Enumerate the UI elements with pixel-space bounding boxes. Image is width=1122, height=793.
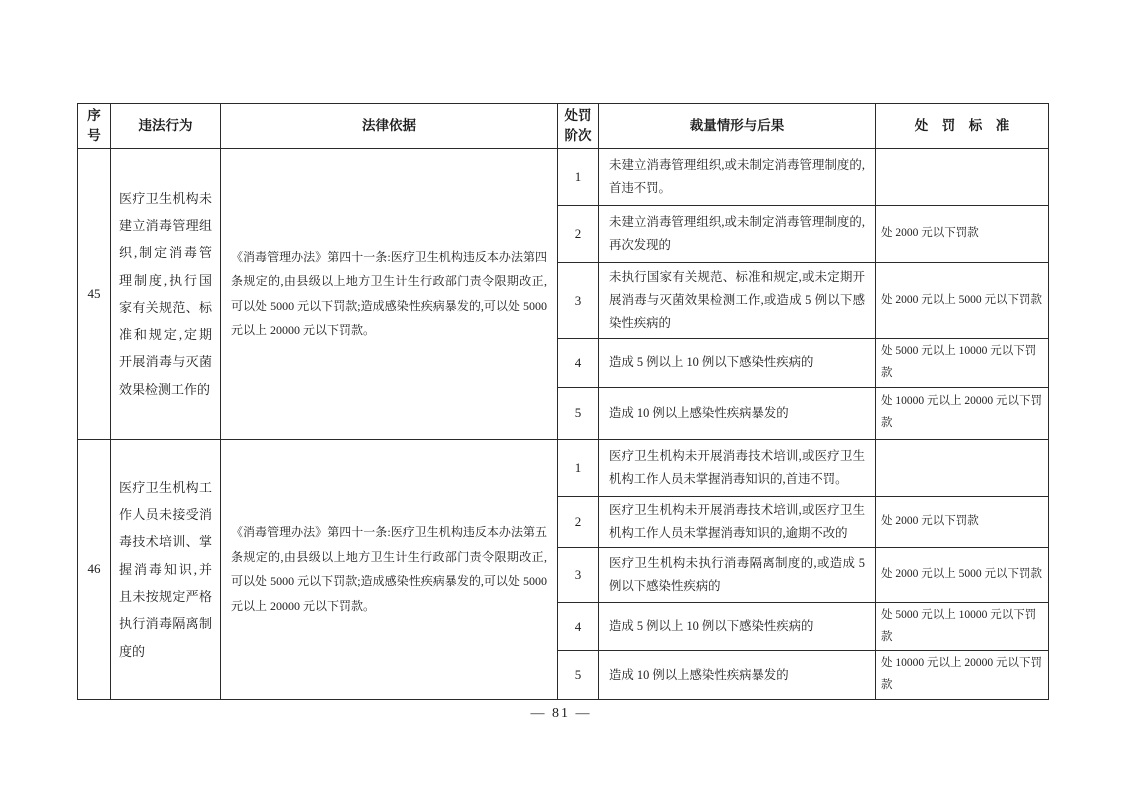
penalty-level: 4 xyxy=(558,602,599,651)
section-45-violation: 医疗卫生机构未建立消毒管理组织,制定消毒管理制度,执行国家有关规范、标准和规定,… xyxy=(111,149,221,440)
circumstance-cell: 造成 5 例以上 10 例以下感染性疾病的 xyxy=(599,602,876,651)
circumstance-cell: 造成 5 例以上 10 例以下感染性疾病的 xyxy=(599,339,876,388)
penalty-level: 1 xyxy=(558,149,599,206)
standard-cell: 处 5000 元以上 10000 元以下罚款 xyxy=(876,602,1049,651)
section-45-legal-basis: 《消毒管理办法》第四十一条:医疗卫生机构违反本办法第四条规定的,由县级以上地方卫… xyxy=(221,149,558,440)
page-number: — 81 — xyxy=(0,706,1122,722)
standard-cell xyxy=(876,149,1049,206)
standard-cell: 处 5000 元以上 10000 元以下罚款 xyxy=(876,339,1049,388)
col-header-legal-basis: 法律依据 xyxy=(221,104,558,149)
penalty-level: 4 xyxy=(558,339,599,388)
col-header-index: 序 号 xyxy=(78,104,111,149)
standard-cell: 处 2000 元以下罚款 xyxy=(876,496,1049,547)
col-header-violation: 违法行为 xyxy=(111,104,221,149)
col-header-penalty-level: 处罚 阶次 xyxy=(558,104,599,149)
penalty-level: 2 xyxy=(558,496,599,547)
section-45-number: 45 xyxy=(78,149,111,440)
table-row: 45 医疗卫生机构未建立消毒管理组织,制定消毒管理制度,执行国家有关规范、标准和… xyxy=(78,149,1049,206)
standard-cell: 处 2000 元以下罚款 xyxy=(876,206,1049,263)
circumstance-cell: 造成 10 例以上感染性疾病暴发的 xyxy=(599,651,876,700)
circumstance-cell: 造成 10 例以上感染性疾病暴发的 xyxy=(599,387,876,439)
circumstance-cell: 未建立消毒管理组织,或未制定消毒管理制度的,首违不罚。 xyxy=(599,149,876,206)
section-46-number: 46 xyxy=(78,439,111,699)
penalty-level: 5 xyxy=(558,651,599,700)
standard-cell: 处 2000 元以上 5000 元以下罚款 xyxy=(876,547,1049,602)
standard-cell: 处 10000 元以上 20000 元以下罚款 xyxy=(876,651,1049,700)
penalty-level: 5 xyxy=(558,387,599,439)
section-46-violation: 医疗卫生机构工作人员未接受消毒技术培训、掌握消毒知识,并且未按规定严格执行消毒隔… xyxy=(111,439,221,699)
penalty-level: 1 xyxy=(558,439,599,496)
penalty-table: 序 号 违法行为 法律依据 处罚 阶次 裁量情形与后果 处 罚 标 准 45 医… xyxy=(77,103,1049,700)
document-page: 序 号 违法行为 法律依据 处罚 阶次 裁量情形与后果 处 罚 标 准 45 医… xyxy=(0,0,1122,793)
circumstance-cell: 医疗卫生机构未开展消毒技术培训,或医疗卫生机构工作人员未掌握消毒知识的,首违不罚… xyxy=(599,439,876,496)
col-header-circumstance: 裁量情形与后果 xyxy=(599,104,876,149)
col-header-standard: 处 罚 标 准 xyxy=(876,104,1049,149)
circumstance-cell: 医疗卫生机构未开展消毒技术培训,或医疗卫生机构工作人员未掌握消毒知识的,逾期不改… xyxy=(599,496,876,547)
penalty-level: 3 xyxy=(558,263,599,339)
circumstance-cell: 医疗卫生机构未执行消毒隔离制度的,或造成 5 例以下感染性疾病的 xyxy=(599,547,876,602)
table-row: 46 医疗卫生机构工作人员未接受消毒技术培训、掌握消毒知识,并且未按规定严格执行… xyxy=(78,439,1049,496)
penalty-level: 2 xyxy=(558,206,599,263)
section-46-legal-basis: 《消毒管理办法》第四十一条:医疗卫生机构违反本办法第五条规定的,由县级以上地方卫… xyxy=(221,439,558,699)
standard-cell: 处 10000 元以上 20000 元以下罚款 xyxy=(876,387,1049,439)
table-header-row: 序 号 违法行为 法律依据 处罚 阶次 裁量情形与后果 处 罚 标 准 xyxy=(78,104,1049,149)
penalty-level: 3 xyxy=(558,547,599,602)
circumstance-cell: 未执行国家有关规范、标准和规定,或未定期开展消毒与灭菌效果检测工作,或造成 5 … xyxy=(599,263,876,339)
standard-cell xyxy=(876,439,1049,496)
circumstance-cell: 未建立消毒管理组织,或未制定消毒管理制度的,再次发现的 xyxy=(599,206,876,263)
standard-cell: 处 2000 元以上 5000 元以下罚款 xyxy=(876,263,1049,339)
